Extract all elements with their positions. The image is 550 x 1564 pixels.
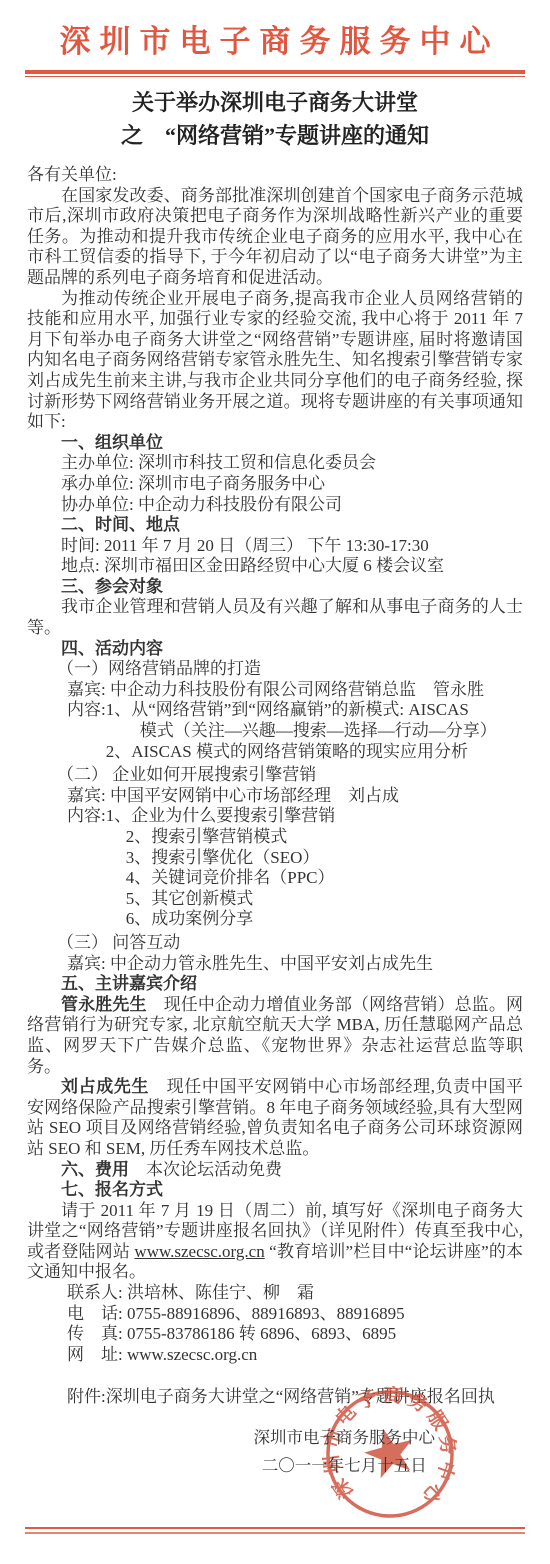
letterhead-divider <box>25 70 525 77</box>
speaker-bio-liu: 刘占成先生 现任中国平安网销中心市场部经理,负责中国平安网络保险产品搜索引擎营销… <box>27 1077 523 1159</box>
fee-text: 本次论坛活动免费 <box>129 1160 282 1179</box>
topic1-item1-line2: 模式（关注—兴趣—搜索—选择—行动—分享） <box>106 721 523 742</box>
topic1-item2: 2、AISCAS 模式的网络营销策略的现实应用分析 <box>106 742 523 763</box>
signoff-date: 二〇一一年七月十五日 <box>254 1452 436 1480</box>
signoff-block: 深圳市电子商务服务中心 二〇一一年七月十五日 <box>254 1424 436 1480</box>
registration-paragraph: 请于 2011 年 7 月 19 日（周二）前, 填写好《深圳电子商务大讲堂之“… <box>27 1201 523 1283</box>
footer-divider <box>25 1527 525 1534</box>
topic1-item1-line1: 1、从“网络营销”到“网络赢销”的新模式: AISCAS <box>106 700 523 721</box>
section1-heading: 一、组织单位 <box>27 433 523 454</box>
topic3-title: （三） 问答互动 <box>27 933 523 954</box>
event-venue: 地点: 深圳市福田区金田路经贸中心大厦 6 楼会议室 <box>27 556 523 577</box>
topic3-guest: 嘉宾: 中企动力管永胜先生、中国平安刘占成先生 <box>27 954 523 975</box>
topic1-content-items: 1、从“网络营销”到“网络赢销”的新模式: AISCAS 模式（关注—兴趣—搜索… <box>106 700 523 762</box>
topic2-title: （二） 企业如何开展搜索引擎营销 <box>27 765 523 786</box>
host-unit: 主办单位: 深圳市科技工贸和信息化委员会 <box>27 453 523 474</box>
topic2-guest: 嘉宾: 中国平安网销中心市场部经理 刘占成 <box>27 786 523 807</box>
intro-paragraph-1: 在国家发改委、商务部批准深圳创建首个国家电子商务示范城市后,深圳市政府决策把电子… <box>27 186 523 289</box>
topic2-item3: 3、搜索引擎优化（SEO） <box>106 848 523 869</box>
speaker-name-guan: 管永胜先生 <box>61 995 147 1014</box>
intro-paragraph-2: 为推动传统企业开展电子商务,提高我市企业人员网络营销的技能和应用水平, 加强行业… <box>27 289 523 433</box>
topic1-guest: 嘉宾: 中企动力科技股份有限公司网络营销总监 管永胜 <box>27 680 523 701</box>
co-organizer-unit: 协办单位: 中企动力科技股份有限公司 <box>27 495 523 516</box>
section3-heading: 三、参会对象 <box>27 577 523 598</box>
section6-heading: 六、费用 <box>61 1160 129 1179</box>
section6-heading-row: 六、费用 本次论坛活动免费 <box>27 1160 523 1181</box>
topic2-item1: 1、企业为什么要搜索引擎营销 <box>106 806 523 827</box>
contact-persons: 联系人: 洪培林、陈佳宁、柳 霜 <box>27 1283 523 1304</box>
speaker-name-liu: 刘占成先生 <box>61 1077 149 1096</box>
document-page: 深圳市电子商务服务中心 关于举办深圳电子商务大讲堂 之 “网络营销”专题讲座的通… <box>0 0 550 1564</box>
document-title-line2: 之 “网络营销”专题讲座的通知 <box>0 119 550 152</box>
document-body: 各有关单位: 在国家发改委、商务部批准深圳创建首个国家电子商务示范城市后,深圳市… <box>27 165 523 1480</box>
section7-heading: 七、报名方式 <box>27 1180 523 1201</box>
topic2-item5: 5、其它创新模式 <box>106 889 523 910</box>
contact-website: 网 址: www.szecsc.org.cn <box>27 1345 523 1366</box>
letterhead-org-name: 深圳市电子商务服务中心 <box>0 0 550 61</box>
section2-heading: 二、时间、地点 <box>27 515 523 536</box>
topic2-item6: 6、成功案例分享 <box>106 909 523 930</box>
topic1-content: 内容: 1、从“网络营销”到“网络赢销”的新模式: AISCAS 模式（关注—兴… <box>27 700 523 762</box>
signoff-org: 深圳市电子商务服务中心 <box>254 1424 436 1452</box>
topic2-item4: 4、关键词竞价排名（PPC） <box>106 868 523 889</box>
organizer-unit: 承办单位: 深圳市电子商务服务中心 <box>27 474 523 495</box>
section4-heading: 四、活动内容 <box>27 639 523 660</box>
topic2-content: 内容: 1、企业为什么要搜索引擎营销 2、搜索引擎营销模式 3、搜索引擎优化（S… <box>27 806 523 930</box>
website-link[interactable]: www.szecsc.org.cn <box>134 1242 264 1261</box>
contact-fax: 传 真: 0755-83786186 转 6896、6893、6895 <box>27 1324 523 1345</box>
topic1-content-label: 内容: <box>67 700 106 762</box>
topic1-title: （一）网络营销品牌的打造 <box>27 659 523 680</box>
attachment-label: 附件: <box>67 1387 106 1408</box>
topic2-item2: 2、搜索引擎营销模式 <box>106 827 523 848</box>
section5-heading: 五、主讲嘉宾介绍 <box>27 974 523 995</box>
speaker-bio-guan: 管永胜先生 现任中企动力增值业务部（网络营销）总监。网络营销行为研究专家, 北京… <box>27 995 523 1077</box>
event-time: 时间: 2011 年 7 月 20 日（周三） 下午 13:30-17:30 <box>27 536 523 557</box>
topic2-content-label: 内容: <box>67 806 106 930</box>
audience-paragraph: 我市企业管理和营销人员及有兴趣了解和从事电子商务的人士等。 <box>27 597 523 638</box>
contact-phone: 电 话: 0755-88916896、88916893、88916895 <box>27 1304 523 1325</box>
salutation: 各有关单位: <box>27 165 523 186</box>
document-title-line1: 关于举办深圳电子商务大讲堂 <box>0 86 550 119</box>
topic2-content-items: 1、企业为什么要搜索引擎营销 2、搜索引擎营销模式 3、搜索引擎优化（SEO） … <box>106 806 523 930</box>
document-title: 关于举办深圳电子商务大讲堂 之 “网络营销”专题讲座的通知 <box>0 86 550 152</box>
